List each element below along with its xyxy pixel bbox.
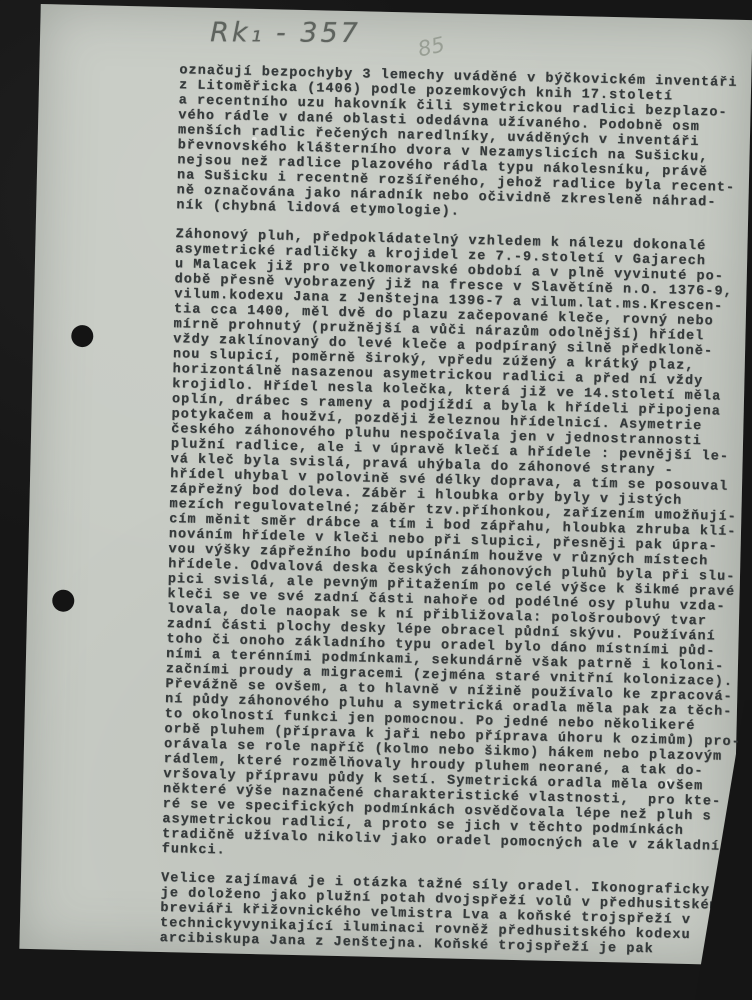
- punch-hole-bottom: [52, 589, 74, 611]
- paragraph-1: označují bezpochyby 3 lemechy uváděné v …: [176, 63, 752, 226]
- punch-hole-top: [71, 325, 93, 347]
- handwritten-catalog-mark: Rk₁ - 357: [210, 17, 361, 49]
- typewritten-text-block: označují bezpochyby 3 lemechy uváděné v …: [159, 63, 752, 973]
- scanned-page: Rk₁ - 357 85 označují bezpochyby 3 lemec…: [19, 4, 752, 965]
- paragraph-3: Velice zajímavá je i otázka tažné síly o…: [159, 871, 751, 959]
- paragraph-2: Záhonový pluh, předpokládatelný vzhledem…: [161, 227, 752, 870]
- pencil-page-number: 85: [416, 32, 447, 61]
- scan-background: Rk₁ - 357 85 označují bezpochyby 3 lemec…: [0, 0, 752, 1000]
